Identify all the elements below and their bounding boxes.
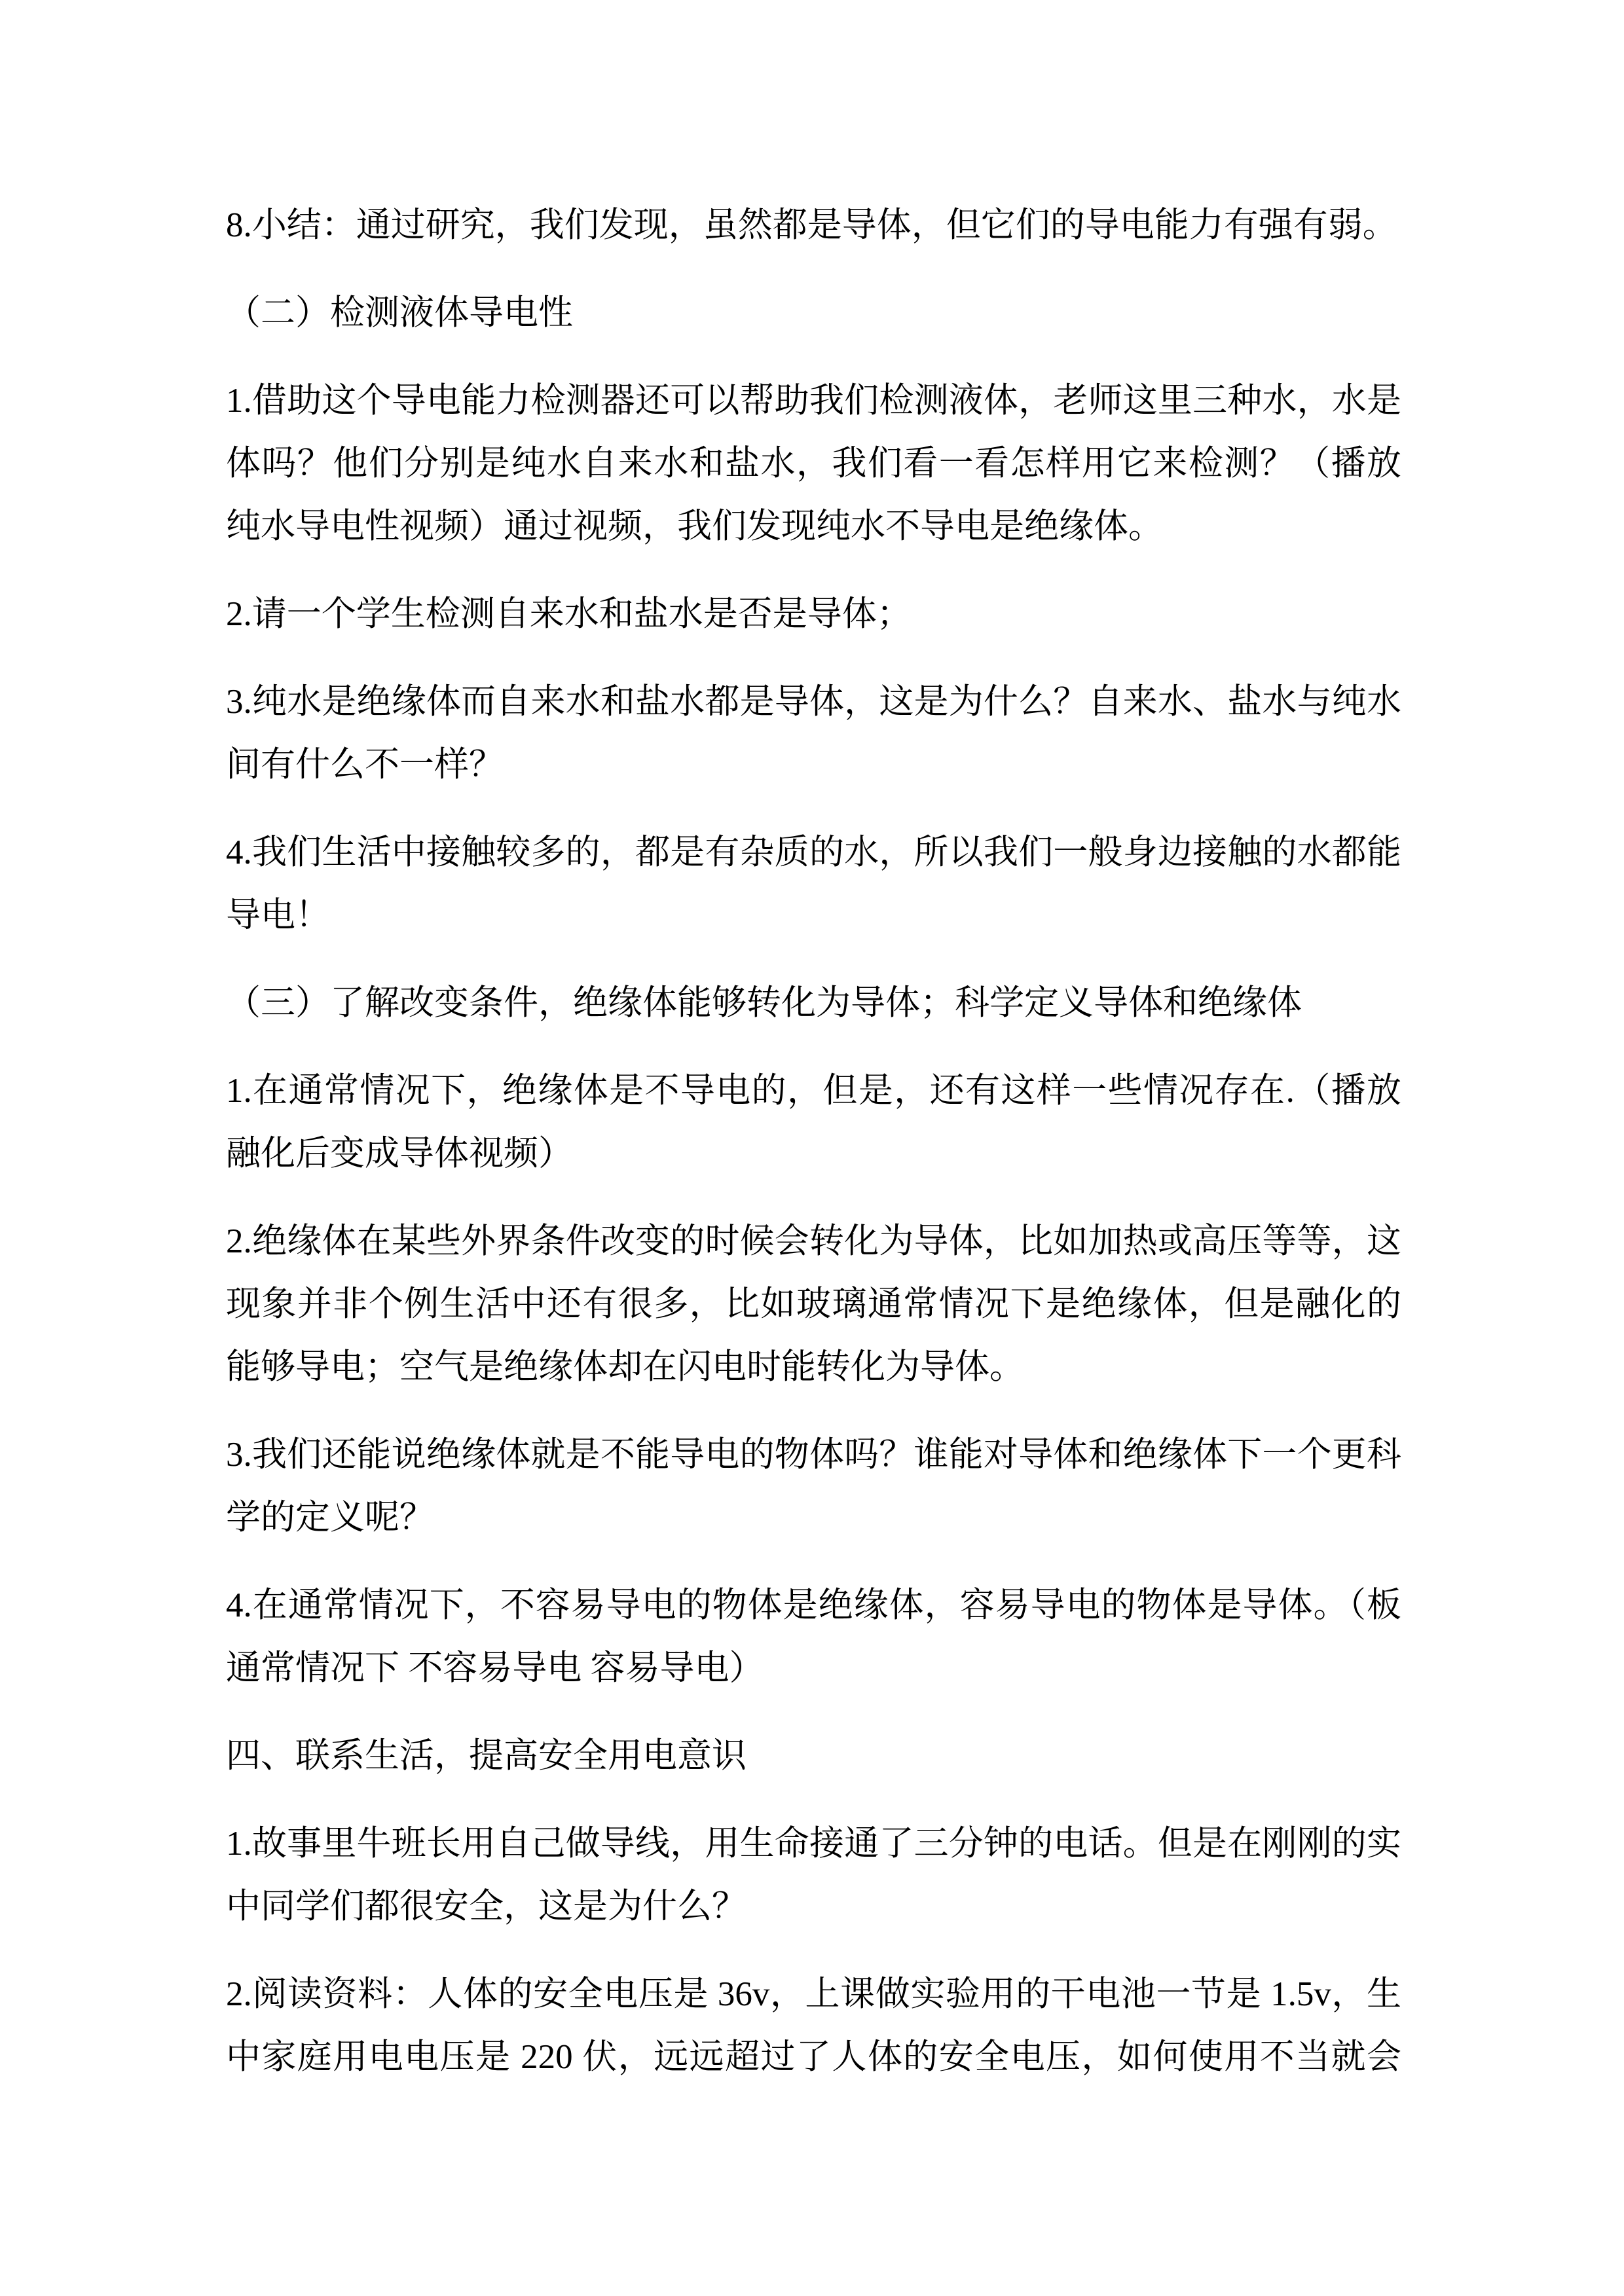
paragraph: 3.我们还能说绝缘体就是不能导电的物体吗？谁能对导体和绝缘体下一个更科学的定义呢… (226, 1423, 1401, 1549)
text-line: 现象并非个例生活中还有很多，比如玻璃通常情况下是绝缘体，但是融化的玻璃 (226, 1273, 1401, 1336)
text-line: 间有什么不一样？ (226, 733, 1401, 796)
text-line: 8.小结：通过研究，我们发现，虽然都是导体，但它们的导电能力有强有弱。 (226, 194, 1401, 257)
text-line: 3.纯水是绝缘体而自来水和盐水都是导体，这是为什么？自来水、盐水与纯水之 (226, 670, 1401, 733)
paragraph: （三）了解改变条件，绝缘体能够转化为导体；科学定义导体和绝缘体 (226, 972, 1401, 1034)
paragraph: 1.在通常情况下，绝缘体是不导电的，但是，还有这样一些情况存在.（播放食盐融化后… (226, 1059, 1401, 1185)
text-line: 1.借助这个导电能力检测器还可以帮助我们检测液体，老师这里三种水，水是导 (226, 369, 1401, 432)
document-text: 8.小结：通过研究，我们发现，虽然都是导体，但它们的导电能力有强有弱。（二）检测… (226, 194, 1401, 2113)
text-line: 能够导电；空气是绝缘体却在闪电时能转化为导体。 (226, 1336, 1401, 1398)
text-line: 中家庭用电电压是 220 伏，远远超过了人体的安全电压，如何使用不当就会引发 (226, 2026, 1401, 2088)
text-line: 通常情况下 不容易导电 容易导电） (226, 1637, 1401, 1700)
paragraph: 四、联系生活，提高安全用电意识 (226, 1724, 1401, 1787)
text-line: 4.在通常情况下，不容易导电的物体是绝缘体，容易导电的物体是导体。（板书： (226, 1574, 1401, 1637)
paragraph: 4.我们生活中接触较多的，都是有杂质的水，所以我们一般身边接触的水都能够导电！ (226, 821, 1401, 947)
text-line: 1.故事里牛班长用自己做导线，用生命接通了三分钟的电话。但是在刚刚的实验 (226, 1812, 1401, 1875)
text-line: 中同学们都很安全，这是为什么？ (226, 1875, 1401, 1938)
text-line: 3.我们还能说绝缘体就是不能导电的物体吗？谁能对导体和绝缘体下一个更科 (226, 1423, 1401, 1486)
paragraph: 1.借助这个导电能力检测器还可以帮助我们检测液体，老师这里三种水，水是导体吗？他… (226, 369, 1401, 558)
text-line: 2.请一个学生检测自来水和盐水是否是导体； (226, 583, 1401, 646)
paragraph: 4.在通常情况下，不容易导电的物体是绝缘体，容易导电的物体是导体。（板书：通常情… (226, 1574, 1401, 1700)
text-line: 学的定义呢？ (226, 1486, 1401, 1549)
text-line: 2.阅读资料：人体的安全电压是 36v，上课做实验用的干电池一节是 1.5v，生… (226, 1963, 1401, 2026)
paragraph: 2.阅读资料：人体的安全电压是 36v，上课做实验用的干电池一节是 1.5v，生… (226, 1963, 1401, 2088)
text-line: 导电！ (226, 884, 1401, 947)
paragraph: （二）检测液体导电性 (226, 282, 1401, 344)
paragraph: 3.纯水是绝缘体而自来水和盐水都是导体，这是为什么？自来水、盐水与纯水之间有什么… (226, 670, 1401, 796)
paragraph: 2.绝缘体在某些外界条件改变的时候会转化为导体，比如加热或高压等等，这种现象并非… (226, 1210, 1401, 1398)
text-line: 融化后变成导体视频） (226, 1122, 1401, 1185)
text-line: 4.我们生活中接触较多的，都是有杂质的水，所以我们一般身边接触的水都能够 (226, 821, 1401, 884)
paragraph: 1.故事里牛班长用自己做导线，用生命接通了三分钟的电话。但是在刚刚的实验中同学们… (226, 1812, 1401, 1938)
document-page: 8.小结：通过研究，我们发现，虽然都是导体，但它们的导电能力有强有弱。（二）检测… (0, 0, 1624, 2296)
text-line: （三）了解改变条件，绝缘体能够转化为导体；科学定义导体和绝缘体 (226, 972, 1401, 1034)
text-line: 纯水导电性视频）通过视频，我们发现纯水不导电是绝缘体。 (226, 495, 1401, 558)
text-line: （二）检测液体导电性 (226, 282, 1401, 344)
text-line: 1.在通常情况下，绝缘体是不导电的，但是，还有这样一些情况存在.（播放食盐 (226, 1059, 1401, 1122)
paragraph: 2.请一个学生检测自来水和盐水是否是导体； (226, 583, 1401, 646)
text-line: 四、联系生活，提高安全用电意识 (226, 1724, 1401, 1787)
text-line: 体吗？他们分别是纯水自来水和盐水，我们看一看怎样用它来检测？（播放检测 (226, 432, 1401, 495)
paragraph: 8.小结：通过研究，我们发现，虽然都是导体，但它们的导电能力有强有弱。 (226, 194, 1401, 257)
text-line: 2.绝缘体在某些外界条件改变的时候会转化为导体，比如加热或高压等等，这种 (226, 1210, 1401, 1273)
